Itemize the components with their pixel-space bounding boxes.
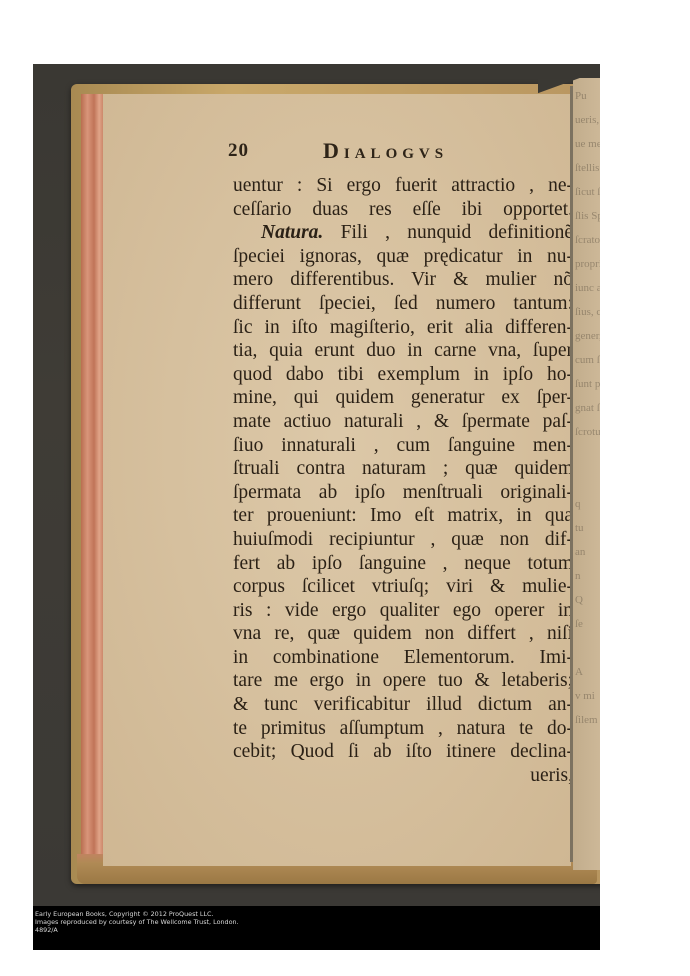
facing-fragment: ueris, ſiqu — [575, 108, 600, 132]
text-line: ceſſario duas res eſſe ibi opportet. — [233, 198, 573, 222]
book-scan-image: 20 Dialogvs uentur : Si ergo fuerit attr… — [33, 64, 600, 906]
text-line: differunt ſpeciei, ſed numero tantum: — [233, 292, 573, 316]
left-page: 20 Dialogvs uentur : Si ergo fuerit attr… — [103, 94, 571, 866]
text-line: mate actiuo naturali , & ſpermate paſ- — [233, 410, 573, 434]
text-line: ris : vide ergo qualiter ego operer in — [233, 599, 573, 623]
text-line: vna re, quæ quidem non differt , niſi — [233, 622, 573, 646]
corner-shadow — [538, 64, 600, 94]
facing-fragment: an — [575, 540, 600, 564]
text-line: & tunc verificabitur illud dictum an- — [233, 693, 573, 717]
text-line: ſpeciei ignoras, quæ prędicatur in nu- — [233, 245, 573, 269]
text-line: ſiuo innaturali , cum ſanguine men- — [233, 434, 573, 458]
facing-fragment: n — [575, 564, 600, 588]
body-text: uentur : Si ergo fuerit attractio , ne- … — [233, 174, 573, 787]
facing-fragment: ue mes on — [575, 132, 600, 156]
facing-fragment: ſe — [575, 612, 600, 636]
page-number: 20 — [228, 140, 249, 162]
speaker-label: Natura. — [261, 222, 323, 243]
facing-fragment — [575, 636, 600, 660]
facing-fragment: Q — [575, 588, 600, 612]
text-line: ſic in iſto magiſterio, erit alia differ… — [233, 316, 573, 340]
text-line: ſtruali contra naturam ; quæ quidem — [233, 457, 573, 481]
text-line: Natura. Fili , nunquid definitionẽ — [233, 221, 573, 245]
facing-fragment: v mi — [575, 684, 600, 708]
text-line: mero differentibus. Vir & mulier nõ — [233, 268, 573, 292]
facing-page: Pu ueris, ſiqu ue mes on ſtellis Se ſicu… — [573, 78, 600, 870]
facing-fragment: proprie — [575, 252, 600, 276]
text-line: in combinatione Elementorum. Imi- — [233, 646, 573, 670]
facing-fragment: ſcrotu — [575, 420, 600, 444]
facing-fragment: ſius, ci — [575, 300, 600, 324]
copyright-footer: Early European Books, Copyright © 2012 P… — [33, 906, 600, 950]
text-line: ſpermata ab ipſo menſtruali originali- — [233, 481, 573, 505]
text-line: fert ab ipſo ſanguine , neque totum — [233, 552, 573, 576]
facing-fragment: ſunt pa — [575, 372, 600, 396]
text-line: mine, qui quidem generatur ex ſper- — [233, 386, 573, 410]
facing-fragment: ſilem — [575, 708, 600, 732]
facing-fragment: A — [575, 660, 600, 684]
text-line: cebit; Quod ſi ab iſto itinere declina- — [233, 740, 573, 764]
facing-fragment — [575, 444, 600, 468]
text-line-content: Fili , nunquid definitionẽ — [323, 222, 573, 243]
facing-fragment: iunc ai — [575, 276, 600, 300]
facing-fragment: ſcratores — [575, 228, 600, 252]
facing-fragment — [575, 468, 600, 492]
text-line: corpus ſcilicet vtriuſq; viri & mulie- — [233, 575, 573, 599]
running-head: Dialogvs — [323, 138, 448, 164]
facing-fragment: ſicut ſing — [575, 180, 600, 204]
copyright-line: Early European Books, Copyright © 2012 P… — [35, 910, 600, 918]
facing-fragment: gnat ſi — [575, 396, 600, 420]
facing-page-text: Pu ueris, ſiqu ue mes on ſtellis Se ſicu… — [575, 84, 600, 732]
facing-fragment: tu — [575, 516, 600, 540]
page-header: 20 Dialogvs — [228, 138, 558, 164]
facing-fragment: cum ſp — [575, 348, 600, 372]
text-line: ter proueniunt: Imo eſt matrix, in qua — [233, 504, 573, 528]
text-line: uentur : Si ergo fuerit attractio , ne- — [233, 174, 573, 198]
text-line: quod dabo tibi exemplum in ipſo ho- — [233, 363, 573, 387]
shelfmark: 4892/A — [35, 926, 600, 934]
facing-fragment: q — [575, 492, 600, 516]
text-line: huiuſmodi recipiuntur , quæ non dif- — [233, 528, 573, 552]
text-line-catchword: ueris, — [233, 764, 573, 788]
text-line: te primitus aſſumptum , natura te do- — [233, 717, 573, 741]
facing-fragment: gener, — [575, 324, 600, 348]
courtesy-line: Images reproduced by courtesy of The Wel… — [35, 918, 600, 926]
facing-fragment: ſtellis Se — [575, 156, 600, 180]
text-line: tia, quia erunt duo in carne vna, ſuper — [233, 339, 573, 363]
text-line: tare me ergo in opere tuo & letaberis; — [233, 669, 573, 693]
facing-fragment: ſlis Sp — [575, 204, 600, 228]
